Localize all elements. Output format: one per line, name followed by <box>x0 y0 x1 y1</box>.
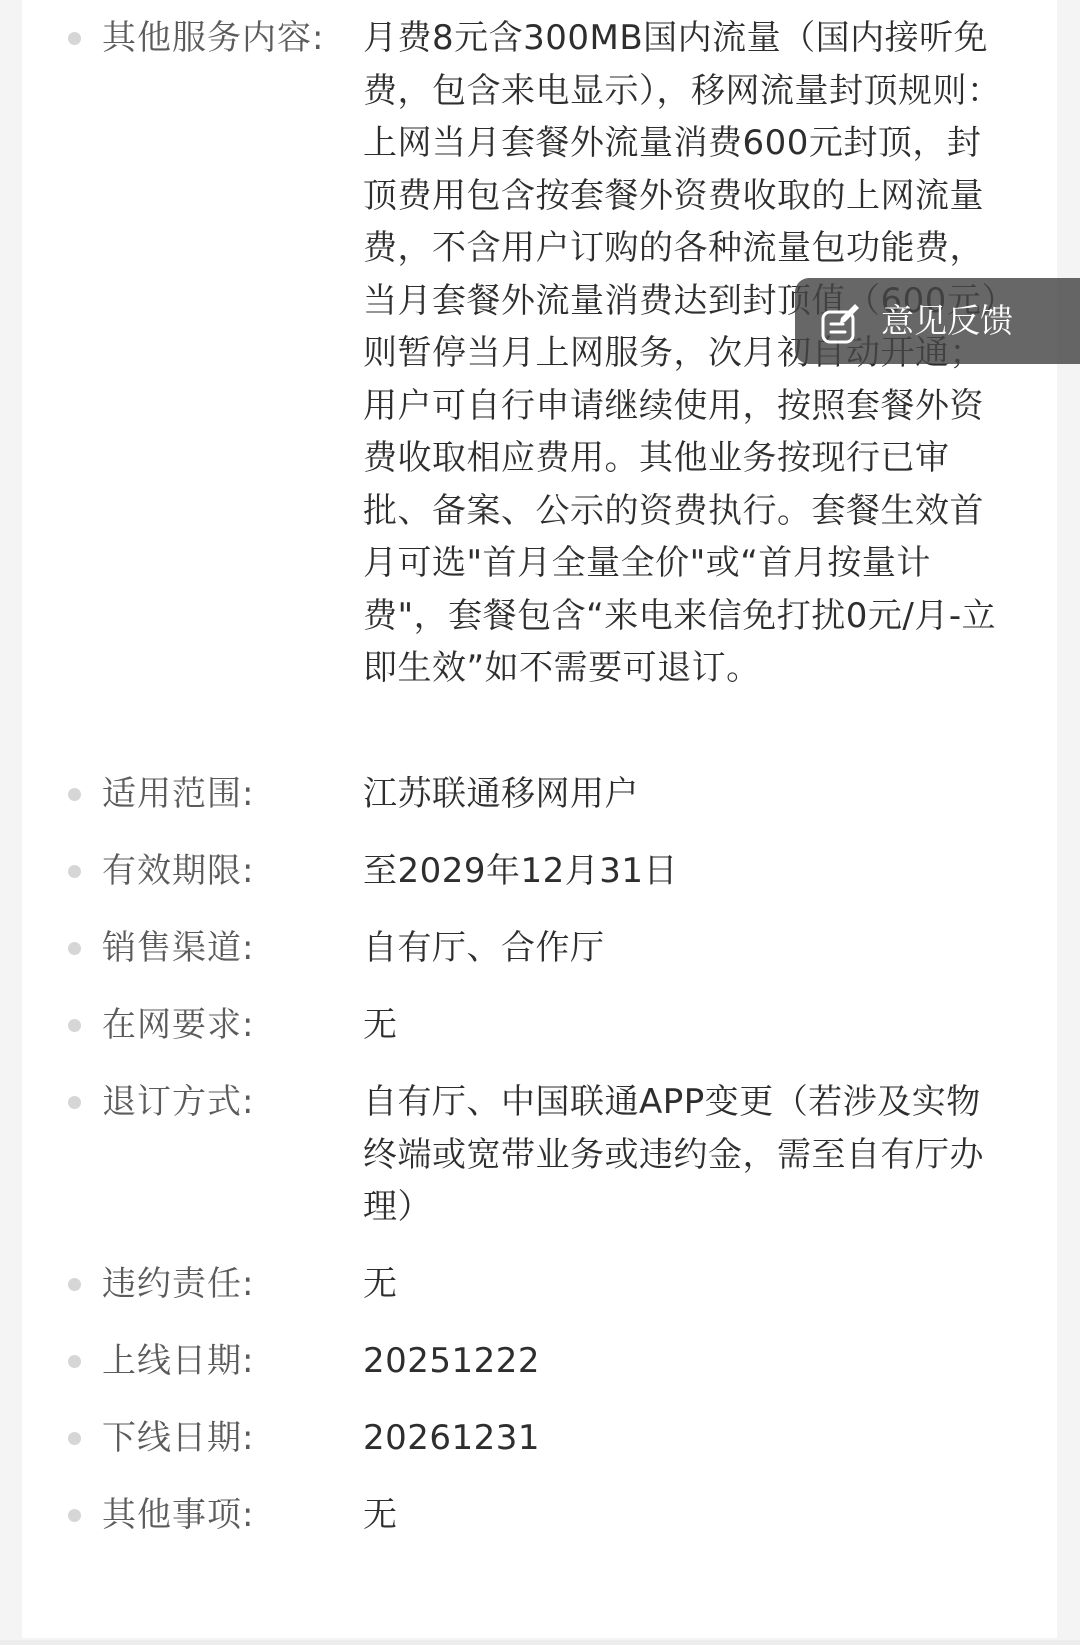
detail-value: 江苏联通移网用户 <box>363 768 1003 821</box>
page-bottom-edge <box>0 1640 1080 1645</box>
detail-label: 其他事项: <box>102 1489 254 1541</box>
detail-value: 至2029年12月31日 <box>363 845 1003 898</box>
detail-label: 下线日期: <box>102 1412 254 1464</box>
detail-row-breach-liability: 违约责任: 无 <box>22 1258 1057 1310</box>
bullet-dot <box>68 788 81 801</box>
bullet-dot <box>68 1278 81 1291</box>
detail-label: 销售渠道: <box>102 922 254 974</box>
bullet-dot <box>68 32 81 45</box>
bullet-dot <box>68 1432 81 1445</box>
bullet-dot <box>68 1355 81 1368</box>
detail-label: 在网要求: <box>102 999 254 1051</box>
detail-row-launch-date: 上线日期: 20251222 <box>22 1335 1057 1387</box>
detail-row-other-services: 其他服务内容: 月费8元含300MB国内流量（国内接听免费，包含来电显示），移网… <box>22 12 1057 732</box>
feedback-label: 意见反馈 <box>881 298 1013 344</box>
detail-row-other-matters: 其他事项: 无 <box>22 1489 1057 1541</box>
detail-label: 有效期限: <box>102 845 254 897</box>
detail-row-network-requirement: 在网要求: 无 <box>22 999 1057 1051</box>
detail-row-unsubscribe-method: 退订方式: 自有厅、中国联通APP变更（若涉及实物终端或宽带业务或违约金，需至自… <box>22 1076 1057 1234</box>
bullet-dot <box>68 942 81 955</box>
detail-label: 上线日期: <box>102 1335 254 1387</box>
detail-label: 退订方式: <box>102 1076 254 1128</box>
detail-value: 自有厅、中国联通APP变更（若涉及实物终端或宽带业务或违约金，需至自有厅办理） <box>363 1076 1003 1234</box>
detail-value: 自有厅、合作厅 <box>363 922 1003 975</box>
detail-value: 无 <box>363 999 1003 1052</box>
edit-note-icon <box>821 300 857 344</box>
bullet-dot <box>68 1509 81 1522</box>
feedback-button[interactable]: 意见反馈 <box>795 278 1080 364</box>
bullet-dot <box>68 1019 81 1032</box>
detail-label: 适用范围: <box>102 768 254 820</box>
tariff-details-card: 其他服务内容: 月费8元含300MB国内流量（国内接听免费，包含来电显示），移网… <box>22 0 1057 1638</box>
detail-value: 无 <box>363 1258 1003 1311</box>
detail-value: 20261231 <box>363 1412 1003 1465</box>
detail-row-offline-date: 下线日期: 20261231 <box>22 1412 1057 1464</box>
detail-row-sales-channel: 销售渠道: 自有厅、合作厅 <box>22 922 1057 974</box>
bullet-dot <box>68 865 81 878</box>
detail-value: 20251222 <box>363 1335 1003 1388</box>
bullet-dot <box>68 1096 81 1109</box>
detail-row-validity: 有效期限: 至2029年12月31日 <box>22 845 1057 897</box>
detail-label: 其他服务内容: <box>102 12 324 64</box>
detail-label: 违约责任: <box>102 1258 254 1310</box>
detail-value: 无 <box>363 1489 1003 1542</box>
detail-row-scope: 适用范围: 江苏联通移网用户 <box>22 768 1057 820</box>
